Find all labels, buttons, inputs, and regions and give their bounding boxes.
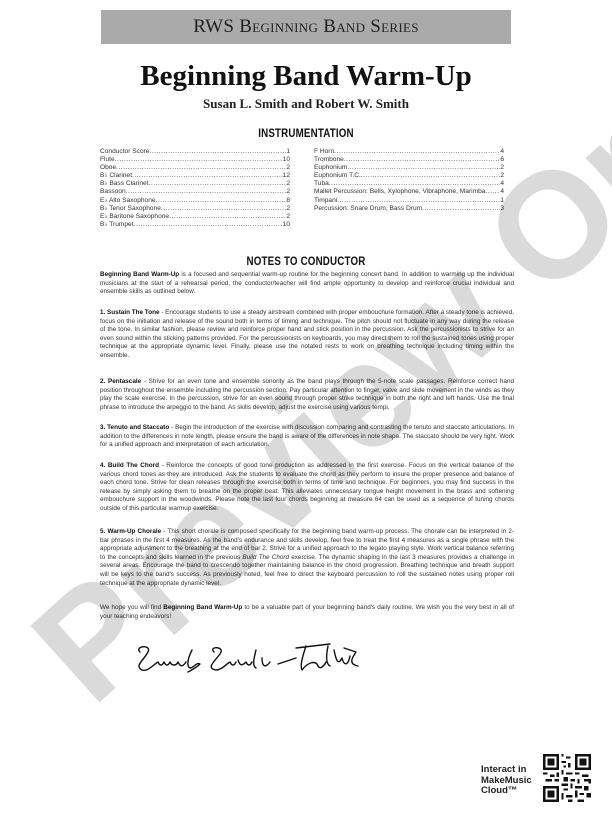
instrument-count: 10: [283, 156, 290, 164]
note-text: - Encourage students to use a steady air…: [100, 309, 514, 359]
note-item-1: 1. Sustain The Tone - Encourage students…: [100, 309, 514, 361]
instrument-name: Conductor Score: [100, 148, 149, 156]
closing-paragraph: We hope you will find Beginning Band War…: [100, 604, 514, 621]
leader-dots: [116, 164, 286, 172]
leader-dots: [485, 188, 500, 196]
instrument-name: Euphonium T.C.: [314, 172, 361, 180]
instrument-row: Conductor Score1: [100, 148, 290, 156]
instrument-row: Euphonium T.C.2: [314, 172, 504, 180]
instrument-row: E♭ Baritone Saxophone2: [100, 213, 290, 221]
instrument-count: 4: [500, 148, 504, 156]
leader-dots: [149, 148, 286, 156]
instrument-name: B♭ Bass Clarinet: [100, 180, 149, 188]
leader-dots: [347, 164, 500, 172]
instrument-row: Trombone6: [314, 156, 504, 164]
instrument-row: E♭ Alto Saxophone8: [100, 197, 290, 205]
instrument-name: B♭ Tenor Saxophone: [100, 205, 161, 213]
note-text: - Reinforce the concepts of good tone pr…: [100, 462, 514, 512]
instrument-row: Timpani1: [314, 197, 504, 205]
instrument-row: Tuba4: [314, 180, 504, 188]
instrument-count: 8: [286, 197, 290, 205]
leader-dots: [132, 172, 283, 180]
instrumentation-list-right: F Horn4Trombone6Euphonium2Euphonium T.C.…: [314, 148, 504, 213]
instrument-count: 1: [500, 197, 504, 205]
notes-intro: Beginning Band Warm-Up is a focused and …: [100, 271, 514, 297]
instrument-count: 1: [286, 148, 290, 156]
leader-dots: [422, 205, 500, 213]
instrumentation-list-left: Conductor Score1Flute10Oboe2B♭ Clarinet1…: [100, 148, 290, 229]
instrument-count: 2: [286, 164, 290, 172]
makemusic-cloud-label: Interact in MakeMusic Cloud™: [481, 765, 532, 797]
instrument-count: 2: [286, 213, 290, 221]
note-item-5: 5. Warm-Up Chorale - This short chorale …: [100, 528, 514, 588]
instrument-name: Flute: [100, 156, 115, 164]
instrument-name: Euphonium: [314, 164, 347, 172]
series-title: RWS Beginning Band Series: [193, 16, 419, 38]
instrument-row: F Horn4: [314, 148, 504, 156]
instrument-count: 4: [500, 188, 504, 196]
authors: Susan L. Smith and Robert W. Smith: [0, 96, 612, 112]
instrument-row: B♭ Bass Clarinet2: [100, 180, 290, 188]
note-text: - Strive for an even tone and ensemble s…: [100, 378, 514, 411]
instrument-count: 10: [283, 221, 290, 229]
intro-title: Beginning Band Warm-Up: [100, 271, 179, 278]
instrument-name: Bassoon: [100, 188, 126, 196]
instrument-count: 6: [500, 156, 504, 164]
instrument-name: E♭ Alto Saxophone: [100, 197, 156, 205]
instrument-count: 3: [500, 205, 504, 213]
instrument-count: 2: [500, 164, 504, 172]
instrument-row: B♭ Trumpet10: [100, 221, 290, 229]
notes-heading: NOTES TO CONDUCTOR: [46, 256, 566, 268]
leader-dots: [329, 180, 501, 188]
leader-dots: [361, 172, 501, 180]
note-item-2: 2. Pentascale - Strive for an even tone …: [100, 378, 514, 412]
instrument-name: Percussion: Snare Drum, Bass Drum: [314, 205, 422, 213]
instrument-count: 2: [286, 205, 290, 213]
instrument-row: Euphonium2: [314, 164, 504, 172]
series-banner: RWS Beginning Band Series: [101, 10, 511, 44]
signatures: [130, 640, 360, 680]
note-item-3: 3. Tenuto and Staccato - Begin the intro…: [100, 424, 514, 450]
instrument-count: 2: [500, 172, 504, 180]
leader-dots: [161, 205, 286, 213]
leader-dots: [344, 156, 501, 164]
instrument-row: Mallet Percussion: Bells, Xylophone, Vib…: [314, 188, 504, 196]
note-item-4: 4. Build The Chord - Reinforce the conce…: [100, 462, 514, 514]
note-title: 2. Pentascale: [100, 378, 141, 385]
instrument-row: Bassoon2: [100, 188, 290, 196]
note-title: 5. Warm-Up Chorale: [100, 528, 161, 535]
instrument-name: E♭ Baritone Saxophone: [100, 213, 169, 221]
closing-title: Beginning Band Warm-Up: [163, 604, 242, 611]
instrument-name: Timpani: [314, 197, 337, 205]
instrument-name: B♭ Trumpet: [100, 221, 134, 229]
leader-dots: [156, 197, 287, 205]
leader-dots: [337, 197, 500, 205]
note-italic: Build The Chord: [242, 554, 289, 561]
leader-dots: [334, 148, 500, 156]
instrument-count: 4: [500, 180, 504, 188]
leader-dots: [134, 221, 283, 229]
leader-dots: [149, 180, 287, 188]
instrument-row: Percussion: Snare Drum, Bass Drum3: [314, 205, 504, 213]
instrument-count: 2: [286, 188, 290, 196]
instrument-count: 12: [283, 172, 290, 180]
leader-dots: [169, 213, 286, 221]
instrumentation-heading: INSTRUMENTATION: [46, 128, 566, 140]
leader-dots: [115, 156, 283, 164]
instrument-name: F Horn: [314, 148, 334, 156]
instrument-name: Tuba: [314, 180, 329, 188]
instrument-count: 2: [286, 180, 290, 188]
instrument-name: Trombone: [314, 156, 344, 164]
note-title: 1. Sustain The Tone: [100, 309, 159, 316]
makemusic-line: Interact in: [481, 765, 532, 776]
closing-text: We hope you will find: [100, 604, 163, 611]
makemusic-line: Cloud™: [481, 786, 532, 797]
note-title: 4. Build The Chord: [100, 462, 159, 469]
instrument-row: Flute10: [100, 156, 290, 164]
qr-code-icon[interactable]: [543, 754, 591, 802]
note-title: 3. Tenuto and Staccato: [100, 424, 169, 431]
page-title: Beginning Band Warm-Up: [0, 60, 612, 93]
leader-dots: [126, 188, 287, 196]
instrument-row: B♭ Tenor Saxophone2: [100, 205, 290, 213]
instrument-name: Mallet Percussion: Bells, Xylophone, Vib…: [314, 188, 485, 196]
